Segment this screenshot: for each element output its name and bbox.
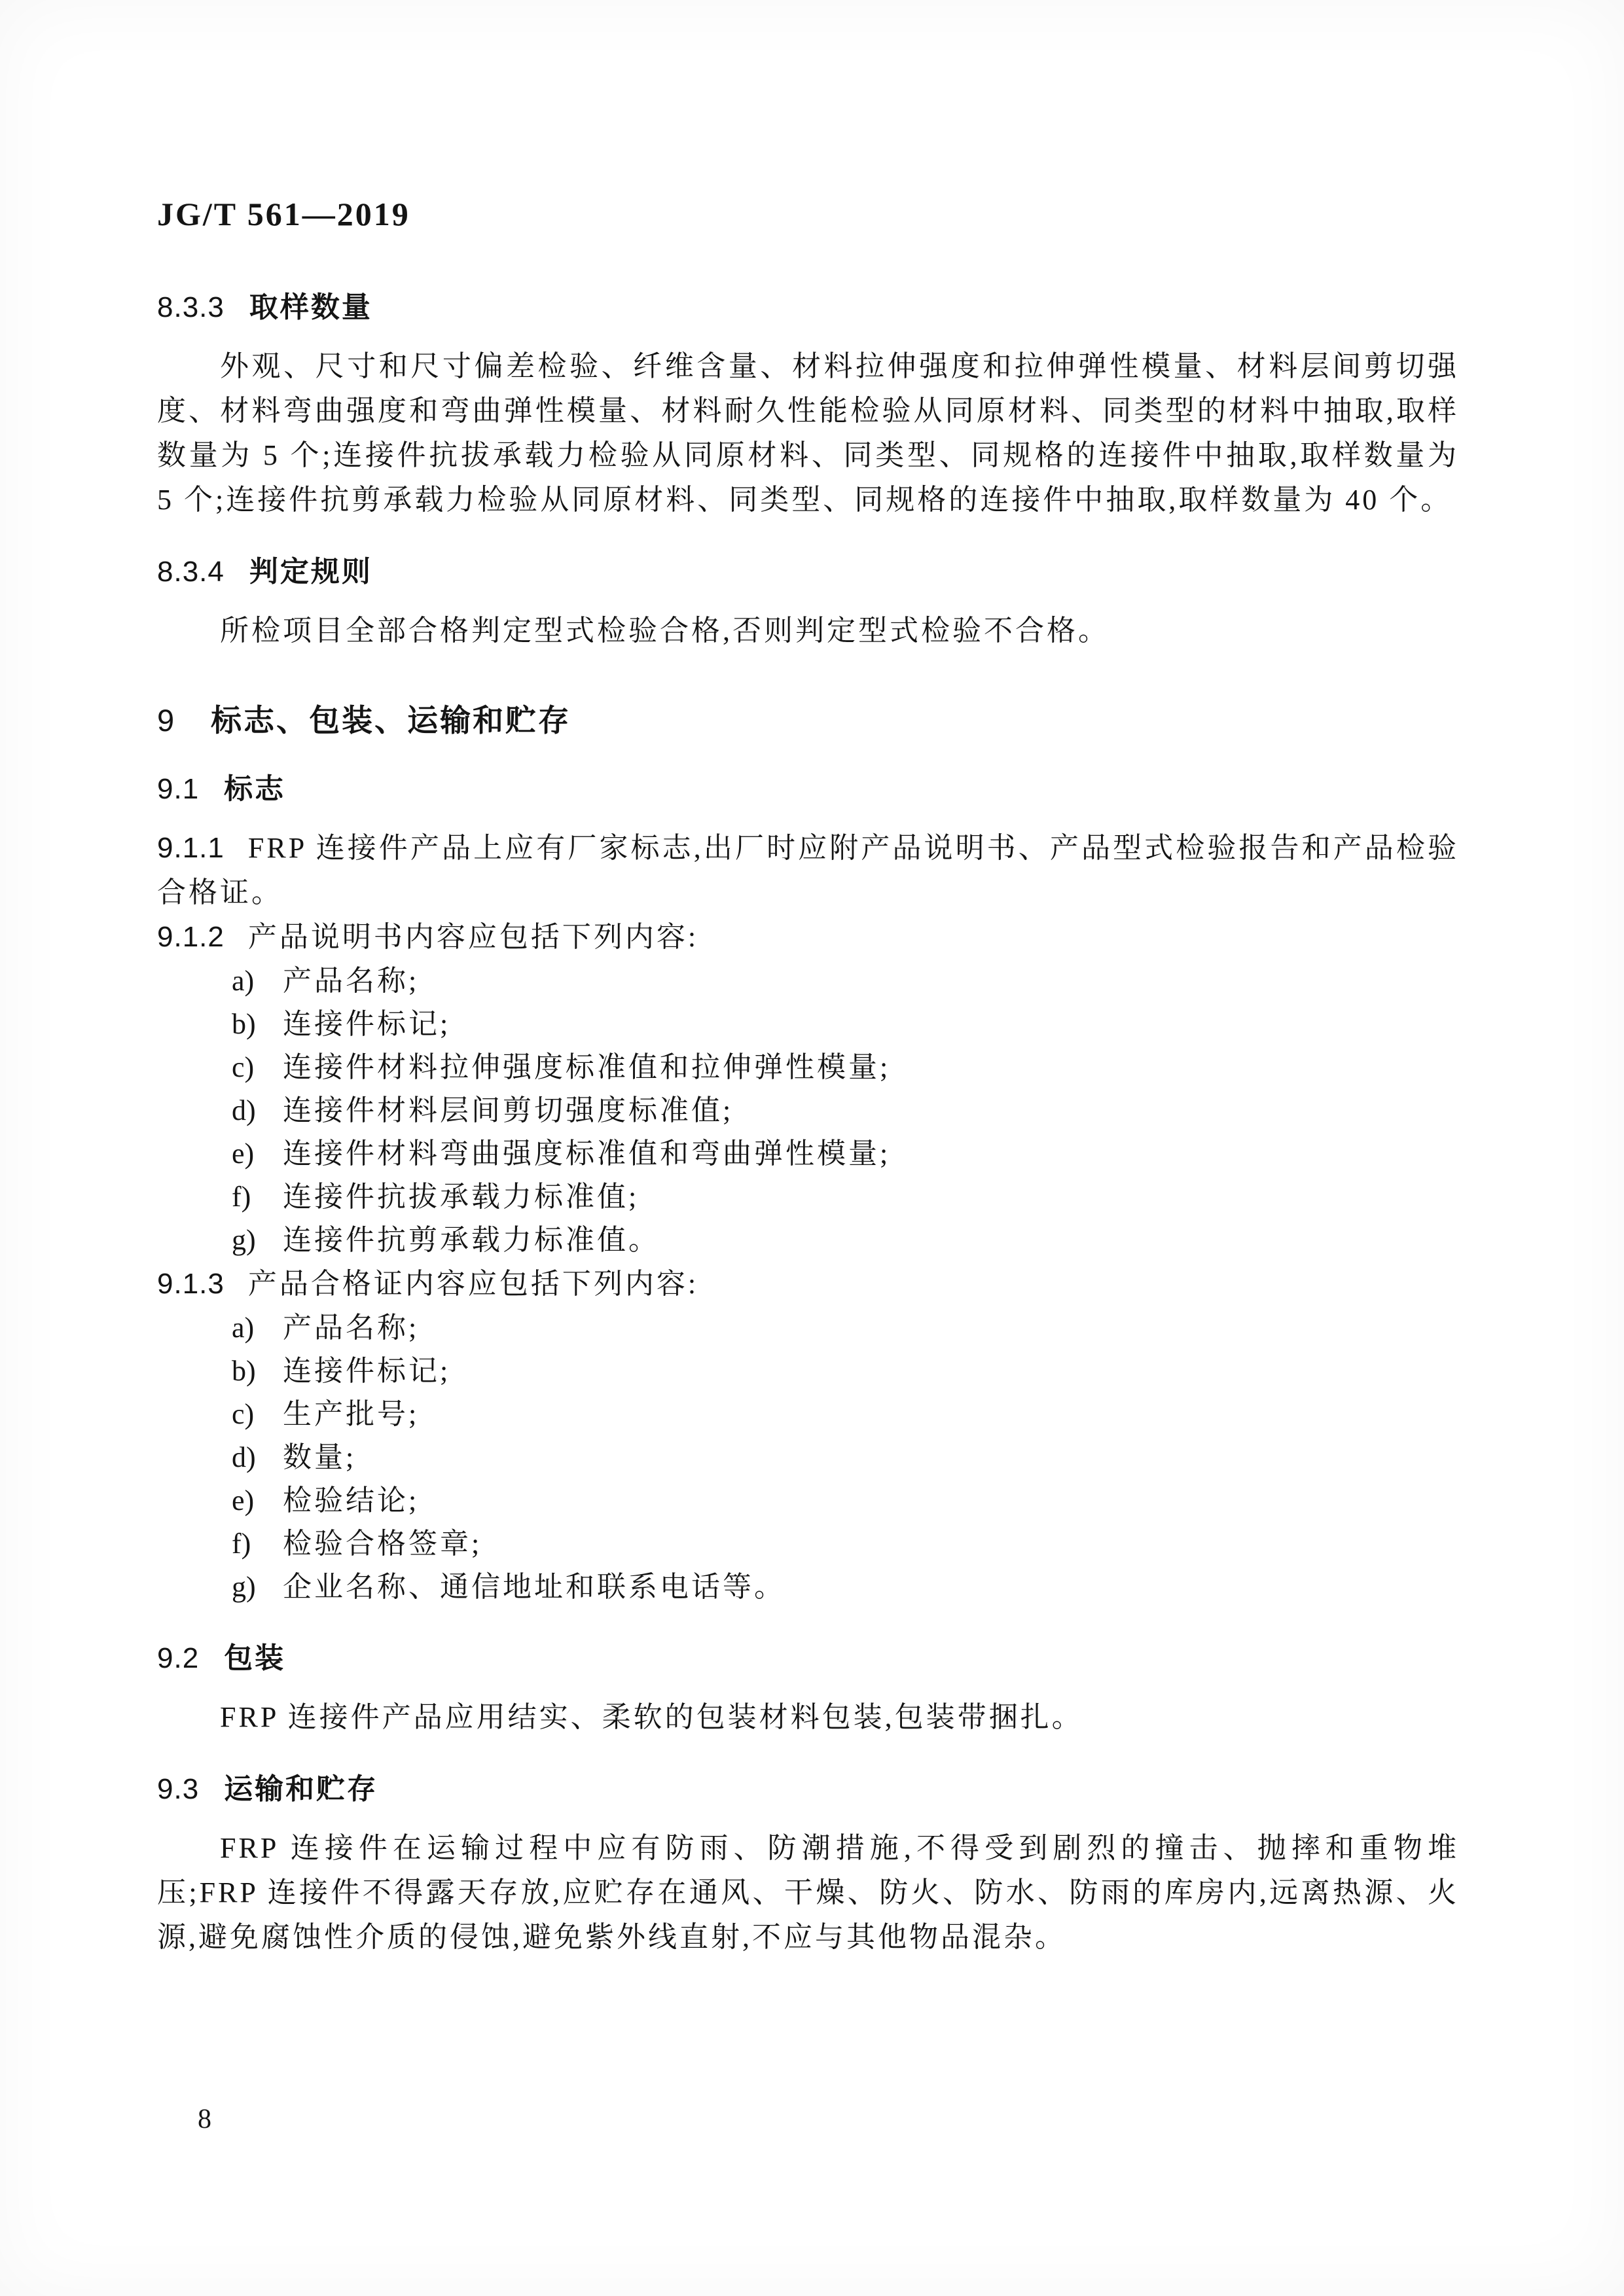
list-item: d)数量;: [157, 1436, 1459, 1479]
heading-title: 取样数量: [249, 291, 372, 323]
heading-number: 9: [157, 703, 174, 738]
list-item: a)产品名称;: [157, 960, 1459, 1003]
heading-title: 判定规则: [249, 556, 372, 588]
paragraph-number: 9.1.2: [157, 921, 225, 953]
heading-9: 9标志、包装、运输和贮存: [157, 702, 1459, 740]
list-item-text: 连接件材料拉伸强度标准值和拉伸弹性模量;: [283, 1046, 1459, 1089]
list-item-label: c): [232, 1046, 283, 1089]
heading-9.3: 9.3运输和贮存: [157, 1771, 1459, 1808]
document-page: JG/T 561—2019 8.3.3取样数量外观、尺寸和尺寸偏差检验、纤维含量…: [0, 0, 1624, 2296]
paragraph: 所检项目全部合格判定型式检验合格,否则判定型式检验不合格。: [157, 609, 1459, 653]
list-item-text: 生产批号;: [283, 1393, 1459, 1436]
heading-title: 标志: [224, 773, 285, 805]
list-item-label: e): [232, 1132, 283, 1175]
numbered-paragraph-9.1.3: 9.1.3产品合格证内容应包括下列内容:: [157, 1262, 1459, 1306]
list-item: g)企业名称、通信地址和联系电话等。: [157, 1566, 1459, 1609]
paragraph: FRP 连接件产品应用结实、柔软的包装材料包装,包装带捆扎。: [157, 1695, 1459, 1740]
list-item-text: 连接件标记;: [283, 1003, 1459, 1046]
list-item-label: e): [232, 1479, 283, 1522]
list-item: g)连接件抗剪承载力标准值。: [157, 1219, 1459, 1262]
list-item: c)连接件材料拉伸强度标准值和拉伸弹性模量;: [157, 1046, 1459, 1089]
list-item-label: b): [232, 1350, 283, 1393]
list-item: b)连接件标记;: [157, 1003, 1459, 1046]
list-item-label: a): [232, 1306, 283, 1350]
list-item-text: 连接件抗剪承载力标准值。: [283, 1219, 1459, 1262]
heading-number: 9.3: [157, 1773, 199, 1805]
heading-9.2: 9.2包装: [157, 1640, 1459, 1677]
list-item: b)连接件标记;: [157, 1350, 1459, 1393]
list-item-label: f): [232, 1522, 283, 1566]
paragraph: 外观、尺寸和尺寸偏差检验、纤维含量、材料拉伸强度和拉伸弹性模量、材料层间剪切强度…: [157, 344, 1459, 522]
list-item-label: d): [232, 1436, 283, 1479]
paragraph: FRP 连接件在运输过程中应有防雨、防潮措施,不得受到剧烈的撞击、抛摔和重物堆压…: [157, 1826, 1459, 1960]
numbered-paragraph-9.1.1: 9.1.1FRP 连接件产品上应有厂家标志,出厂时应附产品说明书、产品型式检验报…: [157, 826, 1459, 915]
list-item-text: 产品名称;: [283, 1306, 1459, 1350]
heading-title: 运输和贮存: [224, 1773, 378, 1805]
list-item: f)连接件抗拔承载力标准值;: [157, 1175, 1459, 1219]
list-item-text: 企业名称、通信地址和联系电话等。: [283, 1566, 1459, 1609]
list-item-label: a): [232, 960, 283, 1003]
list-item: f)检验合格签章;: [157, 1522, 1459, 1566]
list-item-text: 连接件标记;: [283, 1350, 1459, 1393]
heading-title: 包装: [224, 1642, 285, 1674]
list-item: e)检验结论;: [157, 1479, 1459, 1522]
paragraph-number: 9.1.3: [157, 1268, 225, 1300]
paragraph-number: 9.1.1: [157, 832, 225, 864]
list-item-text: 连接件抗拔承载力标准值;: [283, 1175, 1459, 1219]
numbered-paragraph-9.1.2: 9.1.2产品说明书内容应包括下列内容:: [157, 915, 1459, 960]
list-item-text: 连接件材料弯曲强度标准值和弯曲弹性模量;: [283, 1132, 1459, 1175]
heading-title: 标志、包装、运输和贮存: [211, 703, 571, 738]
heading-number: 8.3.3: [157, 291, 225, 323]
list-item: c)生产批号;: [157, 1393, 1459, 1436]
heading-9.1: 9.1标志: [157, 771, 1459, 808]
list-item-text: 检验合格签章;: [283, 1522, 1459, 1566]
list-item-label: c): [232, 1393, 283, 1436]
paragraph-text: 产品说明书内容应包括下列内容:: [248, 921, 698, 953]
list-item-label: f): [232, 1175, 283, 1219]
list-item: e)连接件材料弯曲强度标准值和弯曲弹性模量;: [157, 1132, 1459, 1175]
heading-number: 9.2: [157, 1642, 199, 1674]
heading-number: 9.1: [157, 773, 199, 805]
page-number: 8: [198, 2104, 211, 2135]
heading-8.3.3: 8.3.3取样数量: [157, 289, 1459, 326]
list-item-text: 产品名称;: [283, 960, 1459, 1003]
lettered-list: a)产品名称;b)连接件标记;c)生产批号;d)数量;e)检验结论;f)检验合格…: [157, 1306, 1459, 1609]
lettered-list: a)产品名称;b)连接件标记;c)连接件材料拉伸强度标准值和拉伸弹性模量;d)连…: [157, 960, 1459, 1262]
paragraph-text: FRP 连接件产品上应有厂家标志,出厂时应附产品说明书、产品型式检验报告和产品检…: [157, 832, 1459, 908]
list-item-label: g): [232, 1566, 283, 1609]
list-item-label: g): [232, 1219, 283, 1262]
paragraph-text: 产品合格证内容应包括下列内容:: [248, 1268, 698, 1300]
list-item-text: 连接件材料层间剪切强度标准值;: [283, 1089, 1459, 1132]
list-item-label: d): [232, 1089, 283, 1132]
list-item: d)连接件材料层间剪切强度标准值;: [157, 1089, 1459, 1132]
standard-number-header: JG/T 561—2019: [157, 196, 1459, 232]
heading-8.3.4: 8.3.4判定规则: [157, 554, 1459, 590]
list-item-text: 检验结论;: [283, 1479, 1459, 1522]
list-item: a)产品名称;: [157, 1306, 1459, 1350]
heading-number: 8.3.4: [157, 556, 225, 588]
list-item-text: 数量;: [283, 1436, 1459, 1479]
list-item-label: b): [232, 1003, 283, 1046]
document-blocks: 8.3.3取样数量外观、尺寸和尺寸偏差检验、纤维含量、材料拉伸强度和拉伸弹性模量…: [157, 289, 1459, 1960]
